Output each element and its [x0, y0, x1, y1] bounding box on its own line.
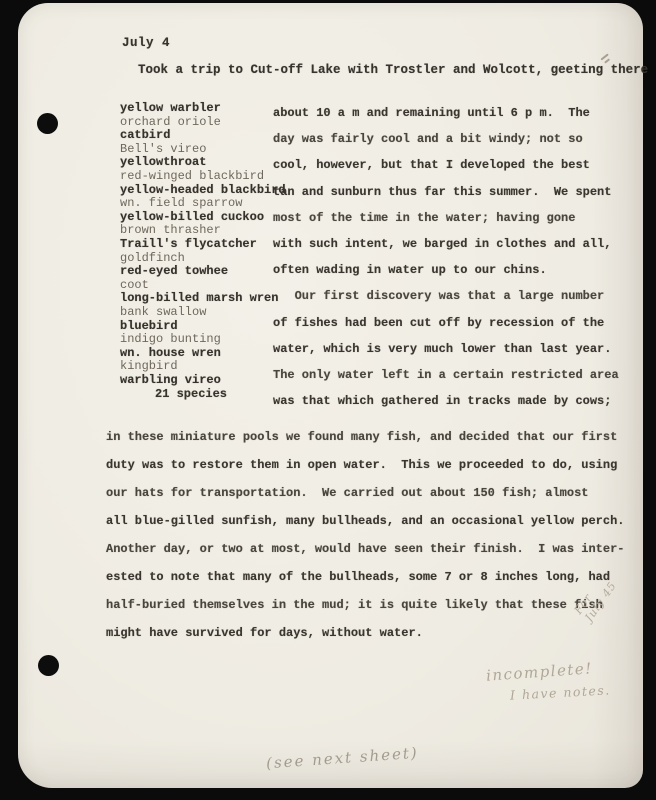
species-item: kingbird — [120, 360, 286, 374]
body-line: ested to note that many of the bullheads… — [106, 563, 624, 591]
species-item: warbling vireo — [120, 374, 286, 388]
narrative-line: was that which gathered in tracks made b… — [273, 388, 619, 414]
narrative-line: tan and sunburn thus far this summer. We… — [273, 179, 619, 205]
species-item: yellow-headed blackbird — [120, 184, 286, 198]
species-item: bank swallow — [120, 306, 286, 320]
species-item: yellowthroat — [120, 156, 286, 170]
species-list: yellow warbler orchard oriole catbird Be… — [120, 102, 286, 387]
narrative-line: with such intent, we barged in clothes a… — [273, 231, 619, 257]
narrative-line: water, which is very much lower than las… — [273, 336, 619, 362]
body-paragraph: in these miniature pools we found many f… — [106, 423, 624, 647]
narrative-line: about 10 a m and remaining until 6 p m. … — [273, 100, 619, 126]
species-item: yellow-billed cuckoo — [120, 211, 286, 225]
intro-line: Took a trip to Cut-off Lake with Trostle… — [138, 63, 648, 77]
body-line: all blue-gilled sunfish, many bullheads,… — [106, 507, 624, 535]
handwritten-note-have-notes: I have notes. — [510, 682, 611, 702]
species-item: red-eyed towhee — [120, 265, 286, 279]
narrative-line: of fishes had been cut off by recession … — [273, 310, 619, 336]
handwritten-note-see-next-sheet: (see next sheet) — [266, 744, 420, 773]
body-line: in these miniature pools we found many f… — [106, 423, 624, 451]
narrative-line: cool, however, but that I developed the … — [273, 152, 619, 178]
handwritten-note-incomplete: incomplete! — [486, 659, 594, 684]
species-item: yellow warbler — [120, 102, 286, 116]
species-count: 21 species — [155, 387, 227, 401]
body-line: our hats for transportation. We carried … — [106, 479, 624, 507]
species-item: red-winged blackbird — [120, 170, 286, 184]
narrative-line: The only water left in a certain restric… — [273, 362, 619, 388]
species-item: bluebird — [120, 320, 286, 334]
species-item: wn. field sparrow — [120, 197, 286, 211]
hole-punch-top — [37, 113, 58, 134]
pencil-tick-mark — [600, 56, 612, 64]
narrative-line: day was fairly cool and a bit windy; not… — [273, 126, 619, 152]
species-item: long-billed marsh wren — [120, 292, 286, 306]
narrative-line: most of the time in the water; having go… — [273, 205, 619, 231]
body-line: might have survived for days, without wa… — [106, 619, 624, 647]
scanned-journal-page-background: { "document": { "heading": "July 4", "in… — [0, 0, 656, 800]
species-item: catbird — [120, 129, 286, 143]
species-item: indigo bunting — [120, 333, 286, 347]
narrative-line: often wading in water up to our chins. — [273, 257, 619, 283]
body-line: duty was to restore them in open water. … — [106, 451, 624, 479]
body-line: Another day, or two at most, would have … — [106, 535, 624, 563]
journal-page-sheet: July 4 Took a trip to Cut-off Lake with … — [18, 3, 643, 788]
species-item: Traill's flycatcher — [120, 238, 286, 252]
journal-date-heading: July 4 — [122, 36, 170, 50]
species-item: brown thrasher — [120, 224, 286, 238]
species-item: wn. house wren — [120, 347, 286, 361]
hole-punch-bottom — [38, 655, 59, 676]
narrative-column: about 10 a m and remaining until 6 p m. … — [273, 100, 619, 414]
narrative-line: Our first discovery was that a large num… — [273, 283, 619, 309]
body-line: half-buried themselves in the mud; it is… — [106, 591, 624, 619]
